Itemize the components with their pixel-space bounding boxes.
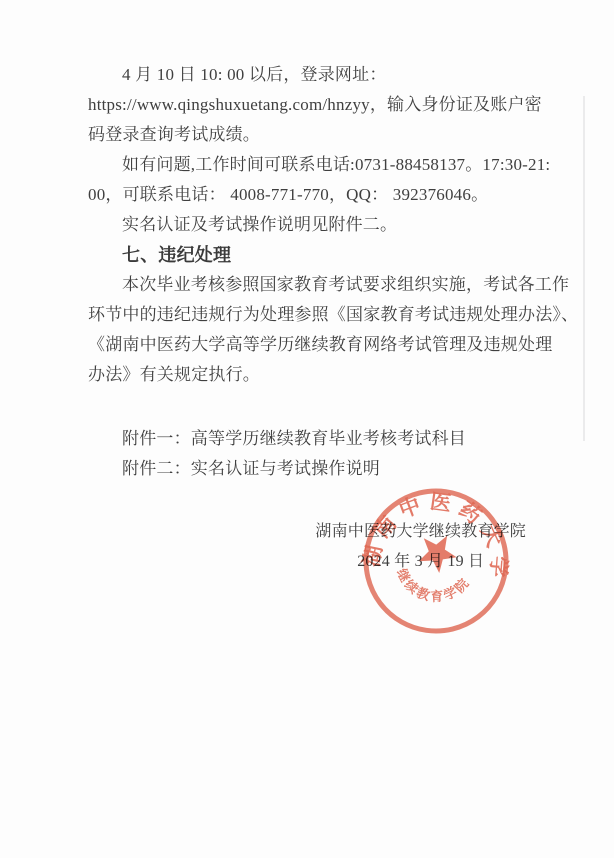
section-heading: 七、违纪处理 [88,240,540,270]
body-line: 码登录查询考试成绩。 [88,120,540,150]
body-line: 办法》有关规定执行。 [88,360,540,390]
svg-text:继续教育学院: 继续教育学院 [390,565,474,610]
body-line-phone: 00，可联系电话： 4008-771-770，QQ： 392376046。 [88,180,540,210]
paragraph-gap [88,390,540,424]
body-line-url: https://www.qingshuxuetang.com/hnzyy，输入身… [88,90,540,120]
body-line: 4 月 10 日 10: 00 以后，登录网址： [88,60,540,90]
seal-inner-text: 继续教育学院 [390,565,474,610]
body-line: 《湖南中医药大学高等学历继续教育网络考试管理及违规处理 [88,330,540,360]
body-line: 本次毕业考核参照国家教育考试要求组织实施，考试各工作 [88,270,540,300]
attachment-line-1: 附件一：高等学历继续教育毕业考核考试科目 [88,424,540,454]
body-line: 实名认证及考试操作说明见附件二。 [88,210,540,240]
attachment-line-2: 附件二：实名认证与考试操作说明 [88,454,540,484]
document-page: 4 月 10 日 10: 00 以后，登录网址： https://www.qin… [0,0,614,858]
body-line: 环节中的违纪违规行为处理参照《国家教育考试违规处理办法》、 [88,300,540,330]
seal-star-icon [413,526,464,576]
official-seal: 湖南中医药大学 继续教育学院 [347,472,525,650]
scan-artifact-line [583,96,585,441]
body-line-phone: 如有问题,工作时间可联系电话:0731-88458137。17:30-21: [88,150,540,180]
